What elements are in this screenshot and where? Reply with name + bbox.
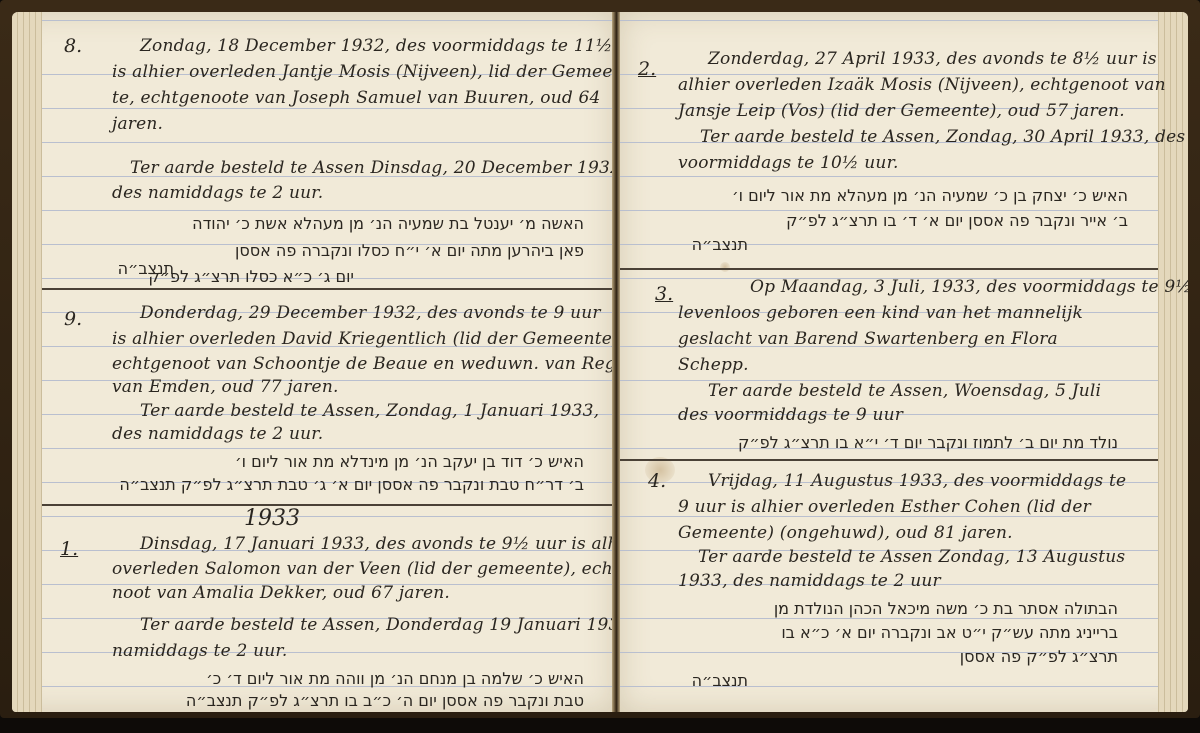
entry-number: 4. bbox=[648, 464, 666, 498]
hebrew-line: נולד מת יום ב׳ לתמוז ונקבר יום ד׳ י״א בו… bbox=[738, 426, 1118, 460]
hebrew-line: תרצ״ג לפ״ק פה אססן bbox=[960, 640, 1118, 674]
entry-separator bbox=[42, 504, 614, 506]
entry-number: 9. bbox=[64, 302, 82, 336]
entry-number: 3. bbox=[655, 277, 673, 311]
hebrew-line: תנצב״ה bbox=[692, 228, 748, 262]
left-page-edges bbox=[12, 12, 42, 712]
hebrew-line: ב׳ דר״ח טבת ונקבר פה אססן יום א׳ ג׳ טבת … bbox=[119, 468, 584, 502]
entry-separator bbox=[620, 459, 1158, 461]
hebrew-line: ב׳ אייר ונקבר פה אססן יום א׳ ד׳ בו תרצ״ג… bbox=[786, 204, 1128, 238]
entry-line: noot van Amalia Dekker, oud 67 jaren. bbox=[112, 576, 450, 610]
entry-line: voormiddags te 10½ uur. bbox=[678, 146, 899, 180]
hebrew-line: תנצב״ה bbox=[692, 664, 748, 698]
entry-number: 2. bbox=[638, 52, 656, 86]
hebrew-line: תנצב״ה bbox=[118, 252, 174, 286]
entry-line: jaren. bbox=[112, 107, 163, 141]
right-page-edges bbox=[1158, 12, 1188, 712]
entry-number: 1. bbox=[60, 532, 78, 566]
hebrew-line: טבת ונקבר פה אססן יום ה׳ כ״ב בו תרצ״ג לפ… bbox=[186, 684, 584, 712]
entry-line: te, echtgenoote van Joseph Samuel van Bu… bbox=[112, 81, 601, 115]
left-page: 8. Zondag, 18 December 1932, des voormid… bbox=[12, 12, 614, 712]
entry-line: des namiddags te 2 uur. bbox=[112, 176, 323, 210]
entry-number: 8. bbox=[64, 29, 82, 63]
paper-stain bbox=[720, 262, 730, 272]
book-spine bbox=[612, 12, 620, 712]
entry-separator bbox=[42, 288, 614, 290]
right-page: 2. Zonderdag, 27 April 1933, des avonds … bbox=[620, 12, 1188, 712]
